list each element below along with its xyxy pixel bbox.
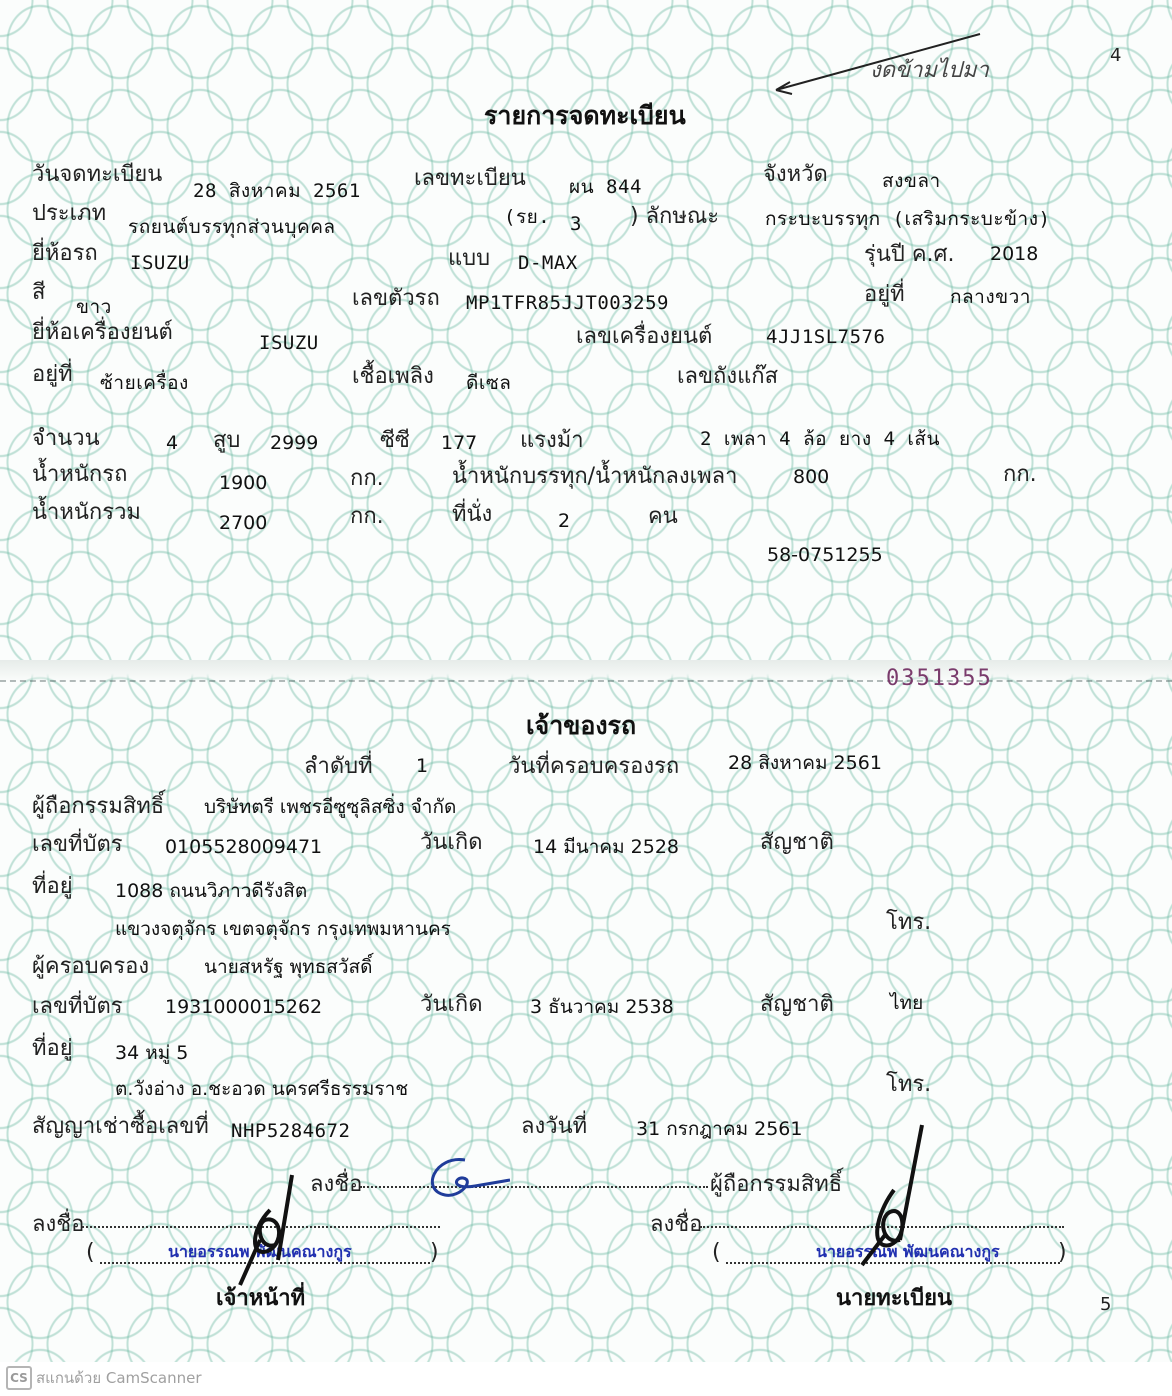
possession-date-label: วันที่ครอบครองรถ: [508, 748, 679, 783]
gross-weight-label: น้ำหนักรวม: [32, 494, 141, 529]
holder-id-value: 0105528009471: [165, 836, 322, 858]
holder-address-line1: 1088 ถนนวิภาวดีรังสิต: [115, 876, 307, 906]
type-label: ประเภท: [32, 195, 106, 230]
ry-open-label: (รย.: [504, 202, 550, 232]
province-label: จังหวัด: [763, 156, 828, 191]
owner-title: เจ้าของรถ: [526, 706, 636, 746]
holder-sign-line: [360, 1186, 708, 1188]
cc-value: 2999: [270, 432, 318, 454]
registrar-signature-icon: [850, 1120, 930, 1270]
reg-date-value: 28 สิงหาคม 2561: [193, 176, 361, 206]
holder-sign-label: ลงชื่อ: [310, 1166, 362, 1201]
possessor-dob-label: วันเกิด: [420, 986, 483, 1021]
possessor-nationality-label: สัญชาติ: [760, 986, 834, 1021]
fuel-label: เชื้อเพลิง: [352, 358, 434, 393]
weight-label: น้ำหนักรถ: [32, 456, 127, 491]
holder-signature-icon: [415, 1150, 515, 1210]
contract-number: NHP5284672: [231, 1120, 350, 1142]
contract-date-label: ลงวันที่: [521, 1108, 587, 1143]
contract-date-value: 31 กรกฎาคม 2561: [636, 1114, 802, 1144]
holder-value: บริษัทตรี เพชรอีซูซุลิสซิ่ง จำกัด: [204, 792, 456, 822]
chassis-value: MP1TFR85JJT003259: [466, 292, 669, 314]
seats-unit: คน: [648, 498, 678, 533]
possession-date-value: 28 สิงหาคม 2561: [728, 748, 882, 778]
registrar-role: นายทะเบียน: [836, 1280, 952, 1315]
camscanner-logo-icon: CS: [6, 1366, 32, 1390]
officer-close-paren: ): [430, 1240, 439, 1265]
holder-dob-label: วันเกิด: [420, 824, 483, 859]
reg-date-label: วันจดทะเบียน: [32, 156, 162, 191]
color-label: สี: [32, 274, 45, 309]
possessor-label: ผู้ครอบครอง: [32, 948, 149, 983]
gross-weight-value: 2700: [219, 512, 267, 534]
engine-loc-label: อยู่ที่: [32, 356, 73, 391]
engine-loc-value: ซ้ายเครื่อง: [100, 368, 189, 398]
officer-sign-label: ลงชื่อ: [32, 1206, 84, 1241]
registrar-open-paren: (: [712, 1240, 721, 1265]
brand-label: ยี่ห้อรถ: [32, 235, 98, 270]
holder-dob-value: 14 มีนาคม 2528: [533, 832, 679, 862]
handwritten-note: งดข้ามไปมา: [870, 52, 989, 87]
page-number-bottom: 5: [1100, 1294, 1111, 1315]
model-year-value: 2018: [990, 243, 1038, 265]
camscanner-label: สแกนด้วย CamScanner: [36, 1366, 202, 1390]
possessor-id-label: เลขที่บัตร: [32, 988, 123, 1023]
engine-no-value: 4JJ1SL7576: [766, 326, 885, 348]
holder-address-line2: แขวงจตุจักร เขตจตุจักร กรุงเทพมหานคร: [115, 914, 451, 944]
possessor-nationality-value: ไทย: [890, 988, 923, 1018]
possessor-address-line1: 34 หมู่ 5: [115, 1038, 188, 1068]
weight-unit: กก.: [350, 460, 384, 495]
officer-signature-icon: [230, 1170, 310, 1290]
engine-brand-value: ISUZU: [259, 332, 319, 354]
order-value: 1: [416, 755, 428, 777]
page-number-top: 4: [1110, 45, 1121, 66]
officer-open-paren: (: [86, 1240, 95, 1265]
fuel-value: ดีเซล: [466, 368, 511, 398]
chassis-label: เลขตัวรถ: [352, 280, 440, 315]
load-unit: กก.: [1003, 456, 1037, 491]
page-divider: [0, 680, 1172, 682]
hp-unit: แรงม้า: [520, 422, 584, 457]
registrar-close-paren: ): [1058, 1240, 1067, 1265]
load-value: 800: [793, 466, 829, 488]
possessor-id-value: 1931000015262: [165, 996, 322, 1018]
cc-unit: ซีซี: [380, 422, 410, 457]
body-style-value: กระบะบรรทุก (เสริมกระบะข้าง): [765, 204, 1050, 234]
possessor-tel-label: โทร.: [886, 1066, 931, 1101]
plate-label: เลขทะเบียน: [414, 160, 526, 195]
page-fold: [0, 660, 1172, 682]
seats-value: 2: [558, 510, 570, 532]
ry-close-label: ) ลักษณะ: [630, 198, 719, 233]
cylinder-value: 4: [166, 432, 178, 454]
brand-value: ISUZU: [130, 252, 190, 274]
possessor-address-label: ที่อยู่: [32, 1030, 73, 1065]
possessor-dob-value: 3 ธันวาคม 2538: [530, 992, 674, 1022]
possessor-address-line2: ต.วังอ่าง อ.ชะอวด นครศรีธรรมราช: [115, 1074, 408, 1104]
holder-tel-label: โทร.: [886, 904, 931, 939]
holder-sign-role: ผู้ถือกรรมสิทธิ์: [710, 1166, 842, 1201]
axles-wheels-value: 2 เพลา 4 ล้อ ยาง 4 เส้น: [700, 424, 940, 454]
model-label: แบบ: [448, 240, 490, 275]
cylinder-label: จำนวน: [32, 420, 100, 455]
province-value: สงขลา: [882, 166, 941, 196]
registrar-sign-label: ลงชื่อ: [650, 1206, 702, 1241]
type-value: รถยนต์บรรทุกส่วนบุคคล: [128, 212, 336, 242]
load-label: น้ำหนักบรรทุก/น้ำหนักลงเพลา: [452, 458, 737, 493]
contract-label: สัญญาเช่าซื้อเลขที่: [32, 1108, 209, 1143]
seats-label: ที่นั่ง: [452, 496, 492, 531]
holder-address-label: ที่อยู่: [32, 868, 73, 903]
holder-nationality-label: สัญชาติ: [760, 824, 834, 859]
reference-number: 58-0751255: [767, 544, 883, 566]
ry-value: 3: [570, 213, 582, 235]
chassis-loc-label: อยู่ที่: [864, 276, 905, 311]
registration-title: รายการจดทะเบียน: [484, 96, 686, 136]
model-year-label: รุ่นปี ค.ศ.: [864, 236, 954, 271]
serial-number: 0351355: [886, 666, 993, 691]
gas-tank-label: เลขถังแก๊ส: [677, 358, 778, 393]
gross-weight-unit: กก.: [350, 498, 384, 533]
engine-no-label: เลขเครื่องยนต์: [576, 318, 712, 353]
cylinder-unit: สูบ: [213, 422, 240, 457]
model-value: D-MAX: [518, 252, 578, 274]
possessor-value: นายสหรัฐ พุทธสวัสดิ์: [204, 952, 373, 982]
holder-label: ผู้ถือกรรมสิทธิ์: [32, 788, 164, 823]
order-label: ลำดับที่: [304, 748, 373, 783]
engine-brand-label: ยี่ห้อเครื่องยนต์: [32, 314, 173, 349]
chassis-loc-value: กลางขวา: [950, 282, 1031, 312]
weight-value: 1900: [219, 472, 267, 494]
hp-value: 177: [441, 432, 477, 454]
holder-id-label: เลขที่บัตร: [32, 826, 123, 861]
